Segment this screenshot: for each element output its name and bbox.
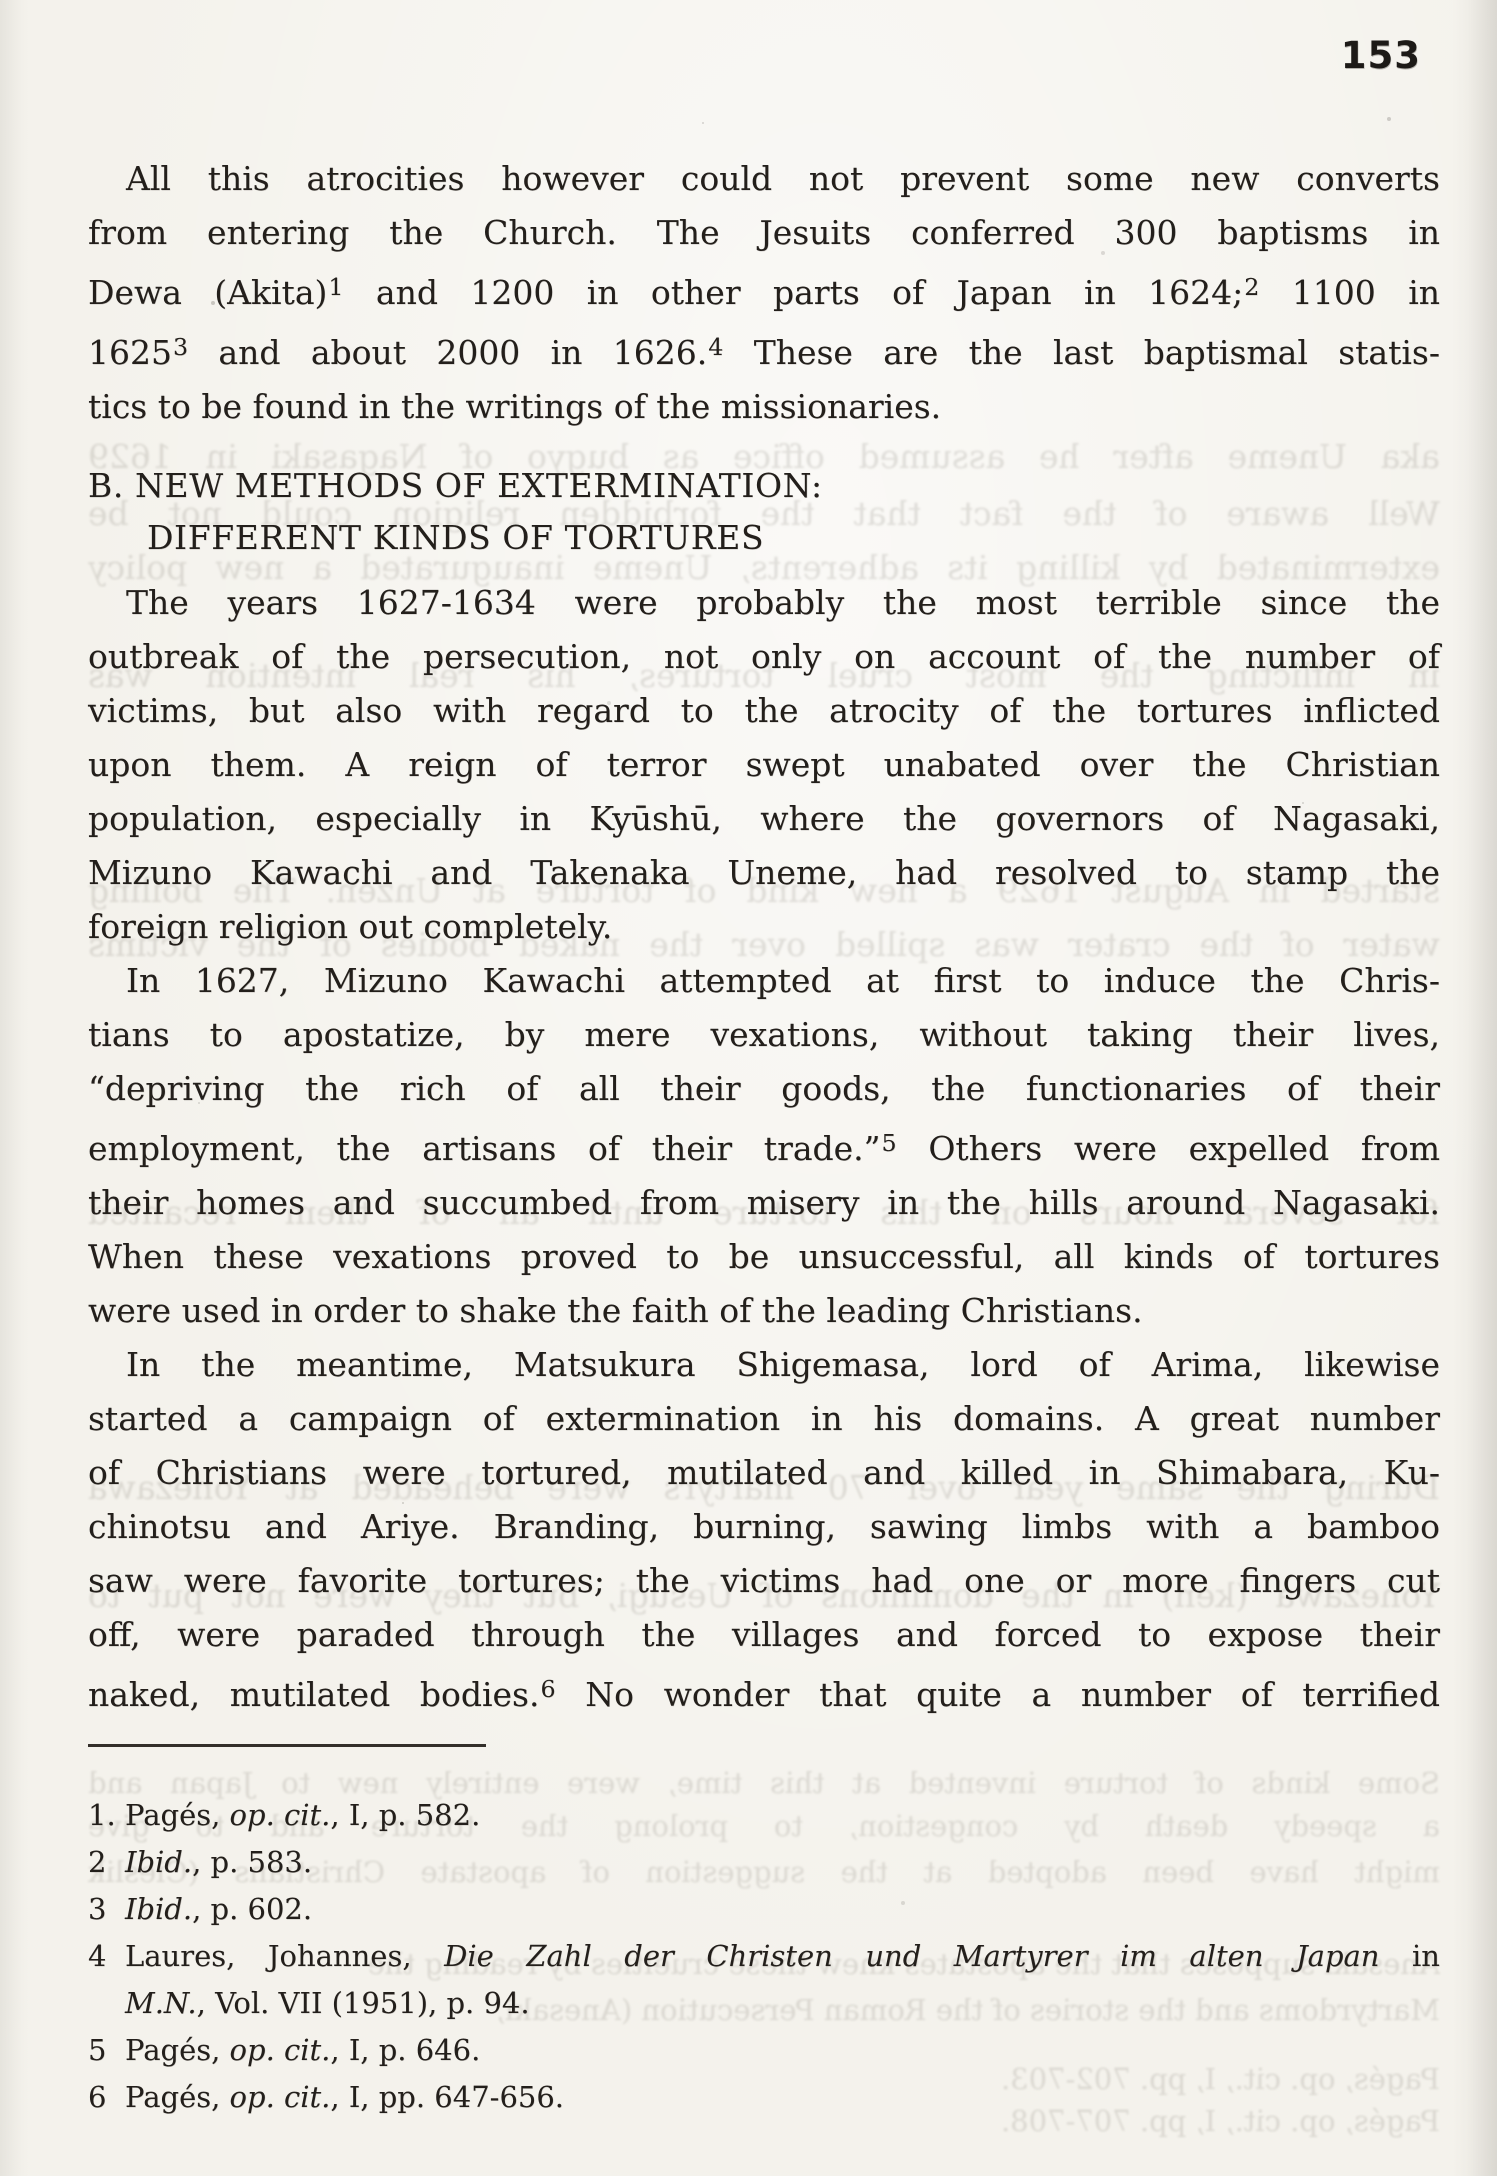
text-line: tics to be found in the writings of the … xyxy=(88,380,1440,434)
text-line: chinotsu and Ariye. Branding, burning, s… xyxy=(88,1500,1440,1554)
footnotes: 1.Pagés, op. cit., I, p. 582.2Ibid., p. … xyxy=(88,1792,1440,2121)
text-line: population, especially in Kyūshū, where … xyxy=(88,792,1440,846)
italic-citation: M.N. xyxy=(125,1986,197,2020)
text-line: their homes and succumbed from misery in… xyxy=(88,1176,1440,1230)
text-body: All this atrocities however could not pr… xyxy=(88,152,1440,1722)
footnote-ref: 5 xyxy=(882,1129,897,1157)
text-line: When these vexations proved to be unsucc… xyxy=(88,1230,1440,1284)
italic-citation: op. cit. xyxy=(230,2080,331,2114)
text-line: victims, but also with regard to the atr… xyxy=(88,684,1440,738)
footnote-line: 3Ibid., p. 602. xyxy=(88,1886,1440,1933)
paper-speckles xyxy=(0,0,2,2)
footnote: 3Ibid., p. 602. xyxy=(88,1886,1440,1933)
text-line: started a campaign of extermination in h… xyxy=(88,1392,1440,1446)
footnote-line: 1.Pagés, op. cit., I, p. 582. xyxy=(88,1792,1440,1839)
footnote-number: 4 xyxy=(88,1933,125,1980)
footnote-ref: 2 xyxy=(1244,273,1259,301)
footnote-line: 2Ibid., p. 583. xyxy=(88,1839,1440,1886)
text-line: off, were paraded through the villages a… xyxy=(88,1608,1440,1662)
text-line: All this atrocities however could not pr… xyxy=(88,152,1440,206)
footnote-number: 6 xyxy=(88,2074,125,2121)
text-line: In 1627, Mizuno Kawachi attempted at fir… xyxy=(88,954,1440,1008)
footnote-line: M.N., Vol. VII (1951), p. 94. xyxy=(88,1980,1440,2027)
footnote-number: 1. xyxy=(88,1792,125,1839)
text-line: employment, the artisans of their trade.… xyxy=(88,1116,1440,1176)
footnote-line: 5Pagés, op. cit., I, p. 646. xyxy=(88,2027,1440,2074)
book-page: aka Uneme after he assumed office as bug… xyxy=(0,0,1497,2176)
footnote: 1.Pagés, op. cit., I, p. 582. xyxy=(88,1792,1440,1839)
text-line: Mizuno Kawachi and Takenaka Uneme, had r… xyxy=(88,846,1440,900)
footnote: 2Ibid., p. 583. xyxy=(88,1839,1440,1886)
text-line: upon them. A reign of terror swept unaba… xyxy=(88,738,1440,792)
footnote-number: 2 xyxy=(88,1839,125,1886)
text-line: from entering the Church. The Jesuits co… xyxy=(88,206,1440,260)
footnote-ref: 3 xyxy=(173,333,188,361)
footnote-number: 5 xyxy=(88,2027,125,2074)
paragraph: In the meantime, Matsukura Shigemasa, lo… xyxy=(88,1338,1440,1722)
text-line: In the meantime, Matsukura Shigemasa, lo… xyxy=(88,1338,1440,1392)
text-line: naked, mutilated bodies.6 No wonder that… xyxy=(88,1662,1440,1722)
page-number: 153 xyxy=(1341,34,1421,77)
text-line: DIFFERENT KINDS OF TORTURES xyxy=(88,512,1440,564)
text-line: of Christians were tortured, mutilated a… xyxy=(88,1446,1440,1500)
section-heading: B. NEW METHODS OF EXTERMINATION:DIFFEREN… xyxy=(88,460,1440,564)
paragraph: In 1627, Mizuno Kawachi attempted at fir… xyxy=(88,954,1440,1338)
footnote: 4Laures, Johannes, Die Zahl der Christen… xyxy=(88,1933,1440,2027)
text-line: “depriving the rich of all their goods, … xyxy=(88,1062,1440,1116)
text-line: foreign religion out completely. xyxy=(88,900,1440,954)
text-line: 16253 and about 2000 in 1626.4 These are… xyxy=(88,320,1440,380)
footnote-ref: 1 xyxy=(328,273,343,301)
italic-citation: Die Zahl der Christen und Martyrer im al… xyxy=(444,1939,1379,1973)
text-line: saw were favorite tortures; the victims … xyxy=(88,1554,1440,1608)
footnote: 5Pagés, op. cit., I, p. 646. xyxy=(88,2027,1440,2074)
text-line: B. NEW METHODS OF EXTERMINATION: xyxy=(88,460,1440,512)
footnote-ref: 4 xyxy=(708,333,723,361)
paragraph: The years 1627-1634 were probably the mo… xyxy=(88,576,1440,954)
text-line: were used in order to shake the faith of… xyxy=(88,1284,1440,1338)
footnote-line: 4Laures, Johannes, Die Zahl der Christen… xyxy=(88,1933,1440,1980)
footnote-number: 3 xyxy=(88,1886,125,1933)
footnote: 6Pagés, op. cit., I, pp. 647-656. xyxy=(88,2074,1440,2121)
text-line: The years 1627-1634 were probably the mo… xyxy=(88,576,1440,630)
italic-citation: op. cit. xyxy=(230,2033,331,2067)
italic-citation: Ibid. xyxy=(125,1892,192,1926)
footnote-line: 6Pagés, op. cit., I, pp. 647-656. xyxy=(88,2074,1440,2121)
text-line: Dewa (Akita)1 and 1200 in other parts of… xyxy=(88,260,1440,320)
paragraph: All this atrocities however could not pr… xyxy=(88,152,1440,434)
footnote-ref: 6 xyxy=(540,1675,555,1703)
text-line: tians to apostatize, by mere vexations, … xyxy=(88,1008,1440,1062)
footnote-separator-rule xyxy=(88,1744,486,1747)
italic-citation: op. cit. xyxy=(230,1798,331,1832)
italic-citation: Ibid. xyxy=(125,1845,192,1879)
text-line: outbreak of the persecution, not only on… xyxy=(88,630,1440,684)
